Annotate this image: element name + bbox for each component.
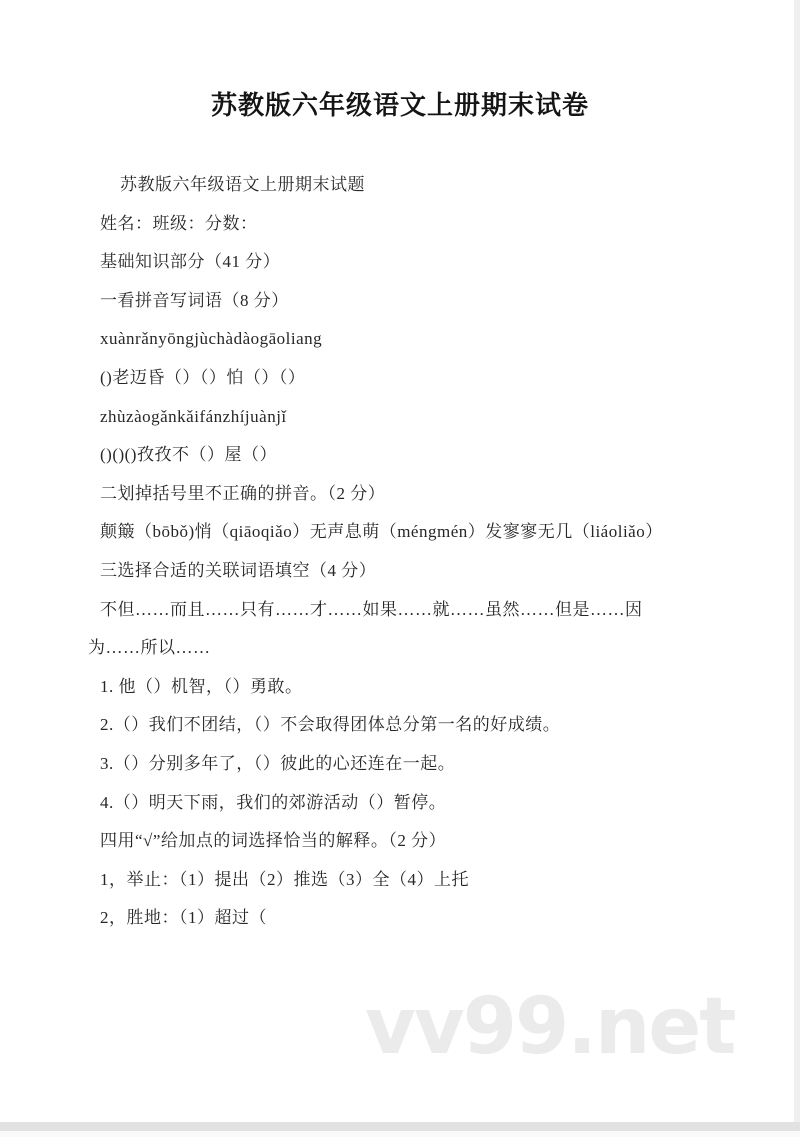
document-line: zhùzàogǎnkǎifánzhíjuànjǐ — [88, 398, 780, 437]
document-line: ()()()孜孜不（）屋（） — [88, 436, 780, 475]
document-body: 苏教版六年级语文上册期末试题姓名：班级：分数：基础知识部分（41 分）一看拼音写… — [88, 166, 780, 938]
document-line: 3.（）分别多年了，（）彼此的心还连在一起。 — [88, 745, 780, 784]
document-line: 一看拼音写词语（8 分） — [88, 282, 780, 321]
document-line: ()老迈昏（）（）怕（）（） — [88, 359, 780, 398]
document-line: 四用“√”给加点的词选择恰当的解释。（2 分） — [88, 822, 780, 861]
document-page: 苏教版六年级语文上册期末试卷 苏教版六年级语文上册期末试题姓名：班级：分数：基础… — [0, 0, 800, 1122]
page-title: 苏教版六年级语文上册期末试卷 — [40, 88, 760, 122]
document-line: 基础知识部分（41 分） — [88, 243, 780, 282]
document-line: 二划掉括号里不正确的拼音。（2 分） — [88, 475, 780, 514]
page-right-edge — [794, 0, 800, 1122]
document-line: xuànrǎnyōngjùchàdàogāoliang — [88, 320, 780, 359]
document-line: 2，胜地：（1）超过（ — [88, 899, 780, 938]
watermark-text: vv99.net — [365, 988, 735, 1066]
page-bottom-edge — [0, 1122, 800, 1131]
document-line: 1. 他（）机智，（）勇敢。 — [88, 668, 780, 707]
document-line: 4.（）明天下雨，我们的郊游活动（）暂停。 — [88, 784, 780, 823]
document-line: 三选择合适的关联词语填空（4 分） — [88, 552, 780, 591]
document-line: 2.（）我们不团结，（）不会取得团体总分第一名的好成绩。 — [88, 706, 780, 745]
document-line: 为……所以…… — [88, 629, 780, 668]
document-line: 1，举止：（1）提出（2）推选（3）全（4）上托 — [88, 861, 780, 900]
document-line: 苏教版六年级语文上册期末试题 — [88, 166, 780, 205]
document-line: 不但……而且……只有……才……如果……就……虽然……但是……因 — [88, 591, 780, 630]
document-line: 姓名：班级：分数： — [88, 205, 780, 244]
document-line: 颠簸（bōbǒ)悄（qiāoqiǎo）无声息萌（méngmén）发寥寥无几（li… — [88, 513, 780, 552]
